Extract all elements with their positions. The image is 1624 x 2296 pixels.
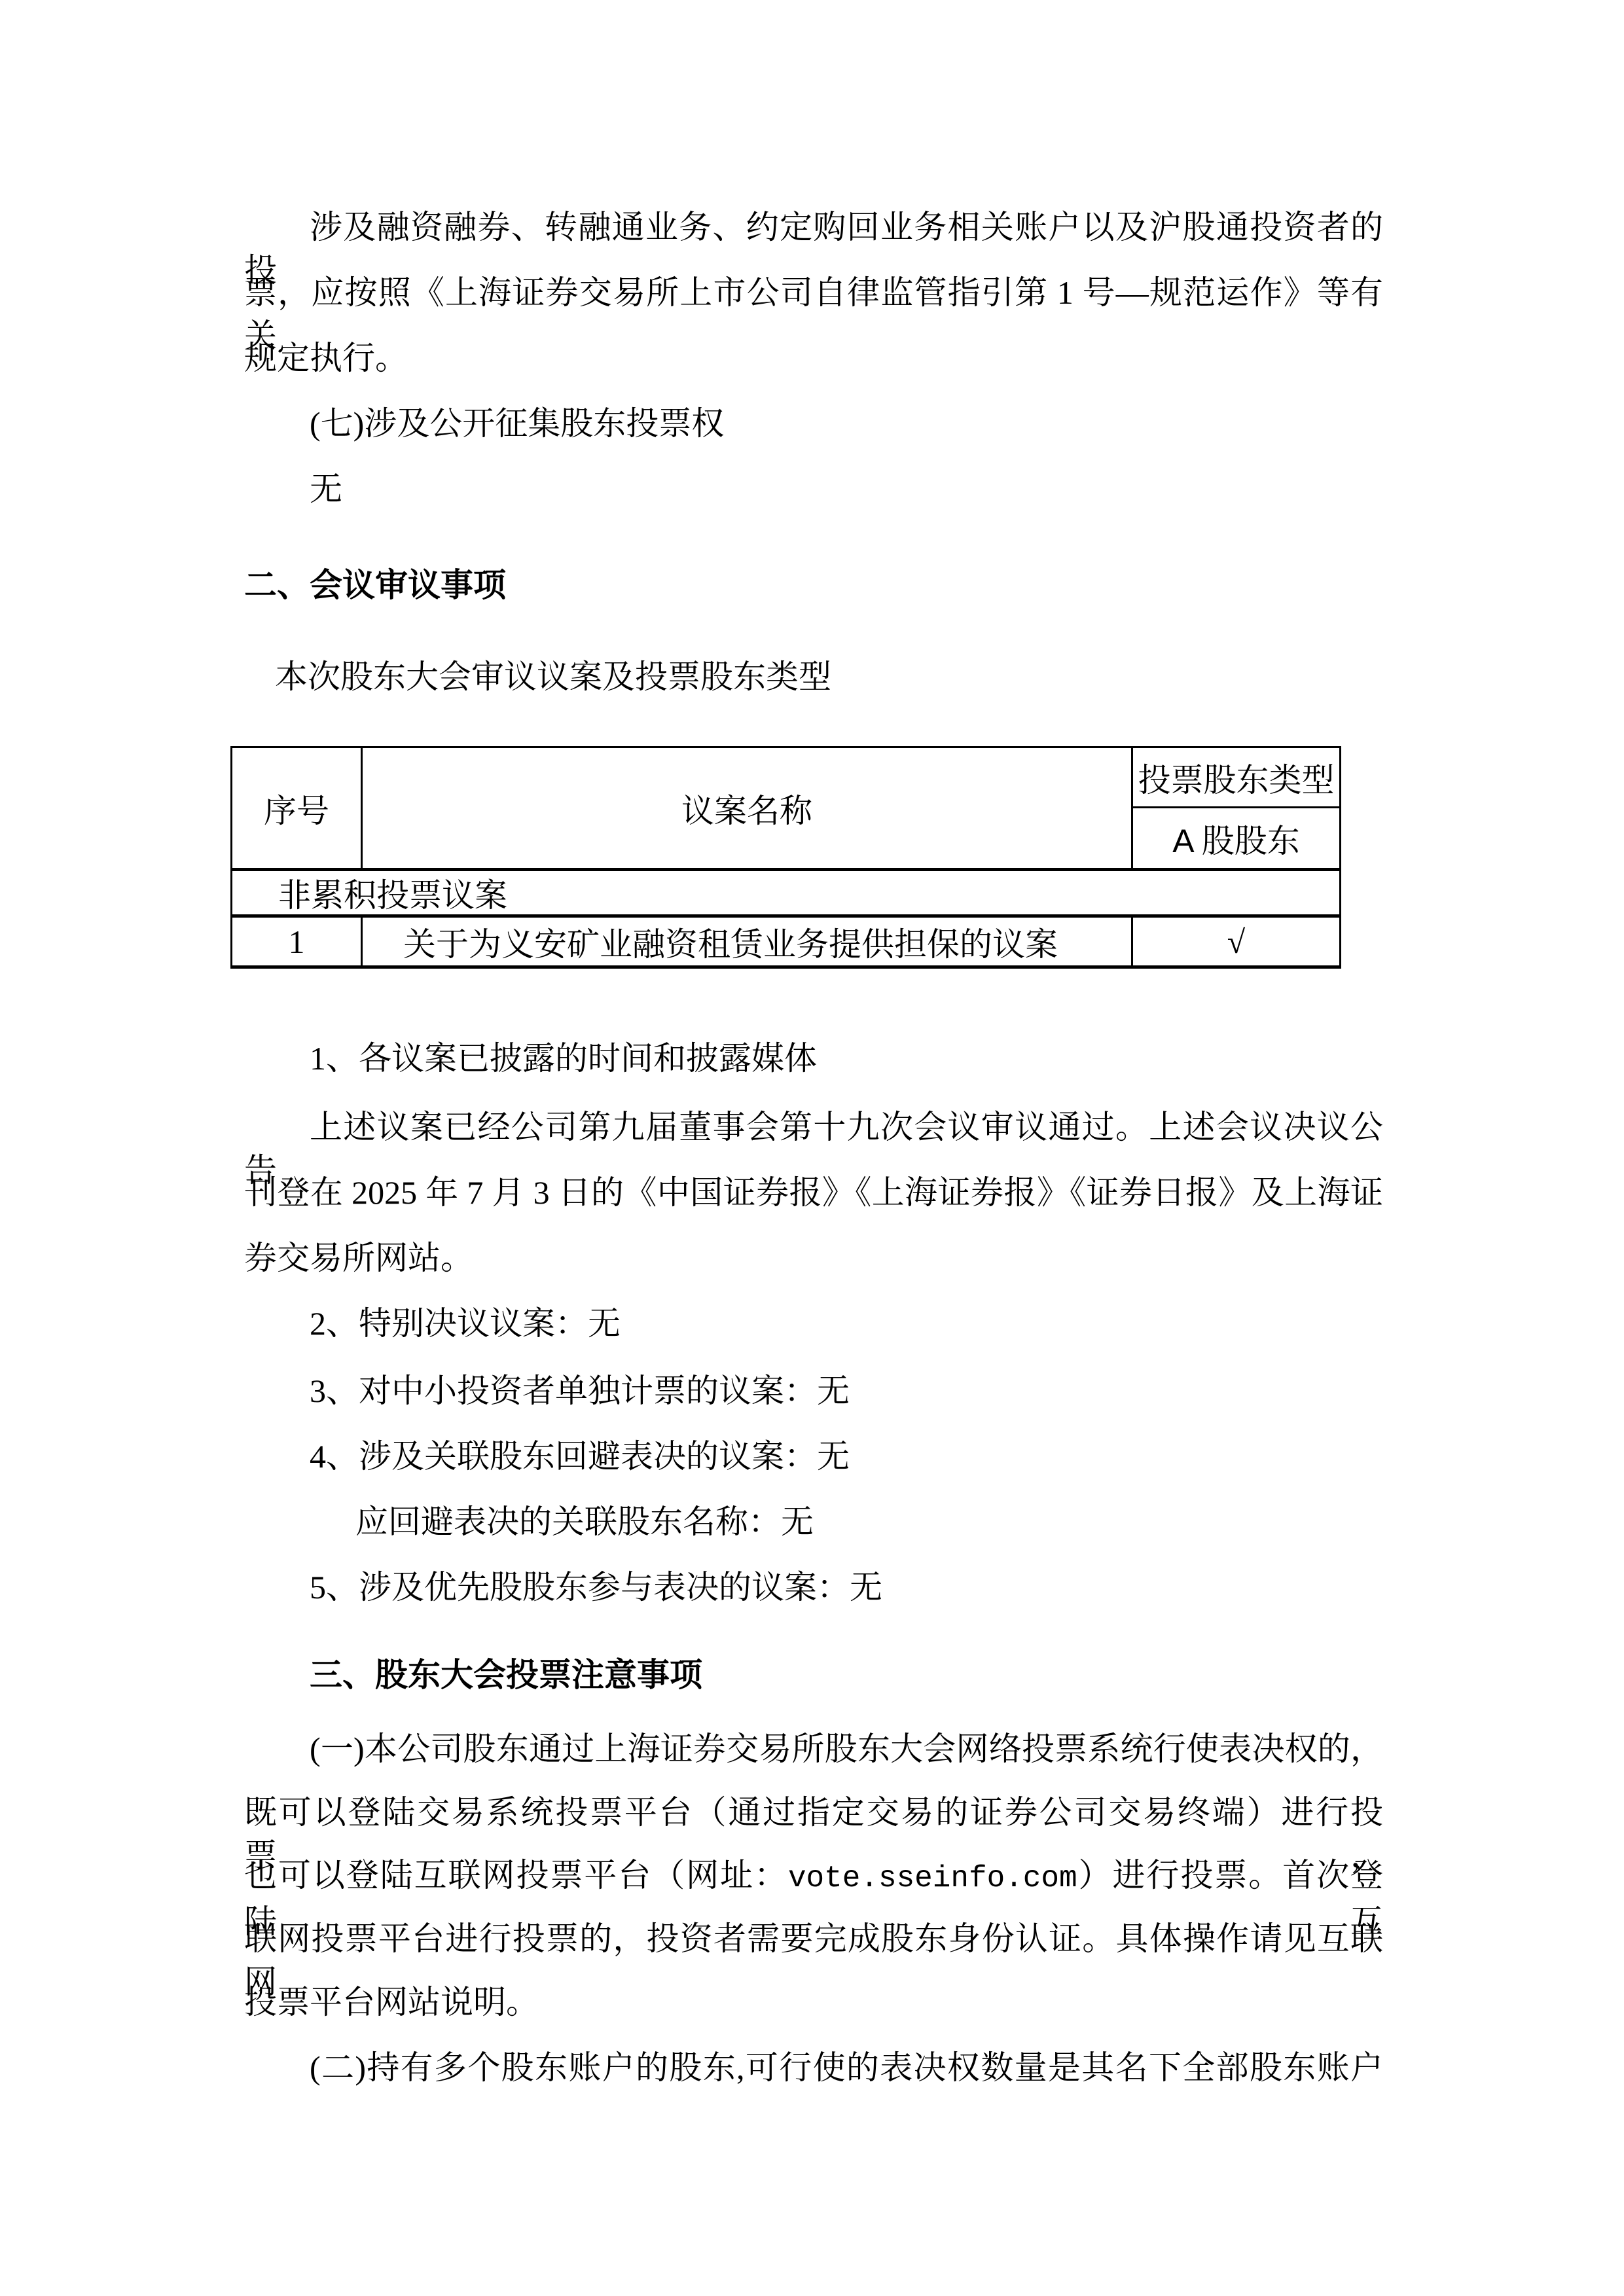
- item-3-small-investors: 3、对中小投资者单独计票的议案：无: [244, 1369, 850, 1412]
- paragraph-margin-trading-line3: 规定执行。: [244, 336, 408, 380]
- notes-paragraph1-line1: (一)本公司股东通过上海证券交易所股东大会网络投票系统行使表决权的，: [244, 1727, 1383, 1770]
- table-header-seq: 序号: [232, 748, 363, 871]
- item-7-public-solicitation: (七)涉及公开征集股东投票权: [244, 402, 724, 445]
- item-4-related-shareholders: 4、涉及关联股东回避表决的议案：无: [244, 1435, 850, 1478]
- table-section-noncumulative: 非累积投票议案: [232, 871, 1339, 918]
- table-header-proposal-name: 议案名称: [363, 748, 1133, 871]
- section-heading-voting-notes: 三、股东大会投票注意事项: [244, 1653, 702, 1696]
- notes-paragraph1-line5: 投票平台网站说明。: [244, 1981, 539, 2024]
- item-1-disclosure: 1、各议案已披露的时间和披露媒体: [244, 1037, 817, 1080]
- item-5-preferred-shareholders: 5、涉及优先股股东参与表决的议案：无: [244, 1566, 882, 1609]
- item-2-special-resolution: 2、特别决议议案：无: [244, 1302, 621, 1345]
- table-row-seq: 1: [232, 918, 363, 965]
- table-header-a-share: A 股股东: [1133, 808, 1339, 871]
- proposal-table: 序号 议案名称 投票股东类型 A 股股东 非累积投票议案 1 关于为义安矿业融资…: [230, 746, 1341, 969]
- document-page: 涉及融资融券、转融通业务、约定购回业务相关账户以及沪股通投资者的投 票，应按照《…: [0, 0, 1624, 2296]
- voting-platform-url: vote.sseinfo.com: [788, 1861, 1077, 1895]
- notes-paragraph2-line1: (二)持有多个股东账户的股东,可行使的表决权数量是其名下全部股东账户: [244, 2046, 1383, 2089]
- paragraph-margin-trading-line2: 票，应按照《上海证券交易所上市公司自律监管指引第 1 号—规范运作》等有关: [244, 271, 1383, 357]
- item-4-sub-names: 应回避表决的关联股东名称：无: [244, 1500, 814, 1543]
- section-heading-meeting-items: 二、会议审议事项: [244, 564, 506, 607]
- table-row-checkmark: √: [1133, 918, 1339, 965]
- item-7-answer: 无: [244, 467, 342, 511]
- disclosure-paragraph-line3: 券交易所网站。: [244, 1236, 473, 1280]
- table-intro-line: 本次股东大会审议议案及投票股东类型: [244, 655, 831, 698]
- table-row-proposal-name: 关于为义安矿业融资租赁业务提供担保的议案: [363, 918, 1133, 965]
- line3-pre-text: 也可以登陆互联网投票平台（网址：: [244, 1857, 788, 1893]
- table-header-voter-type: 投票股东类型: [1133, 748, 1339, 808]
- disclosure-paragraph-line2: 刊登在 2025 年 7 月 3 日的《中国证券报》《上海证券报》《证券日报》及…: [244, 1171, 1383, 1214]
